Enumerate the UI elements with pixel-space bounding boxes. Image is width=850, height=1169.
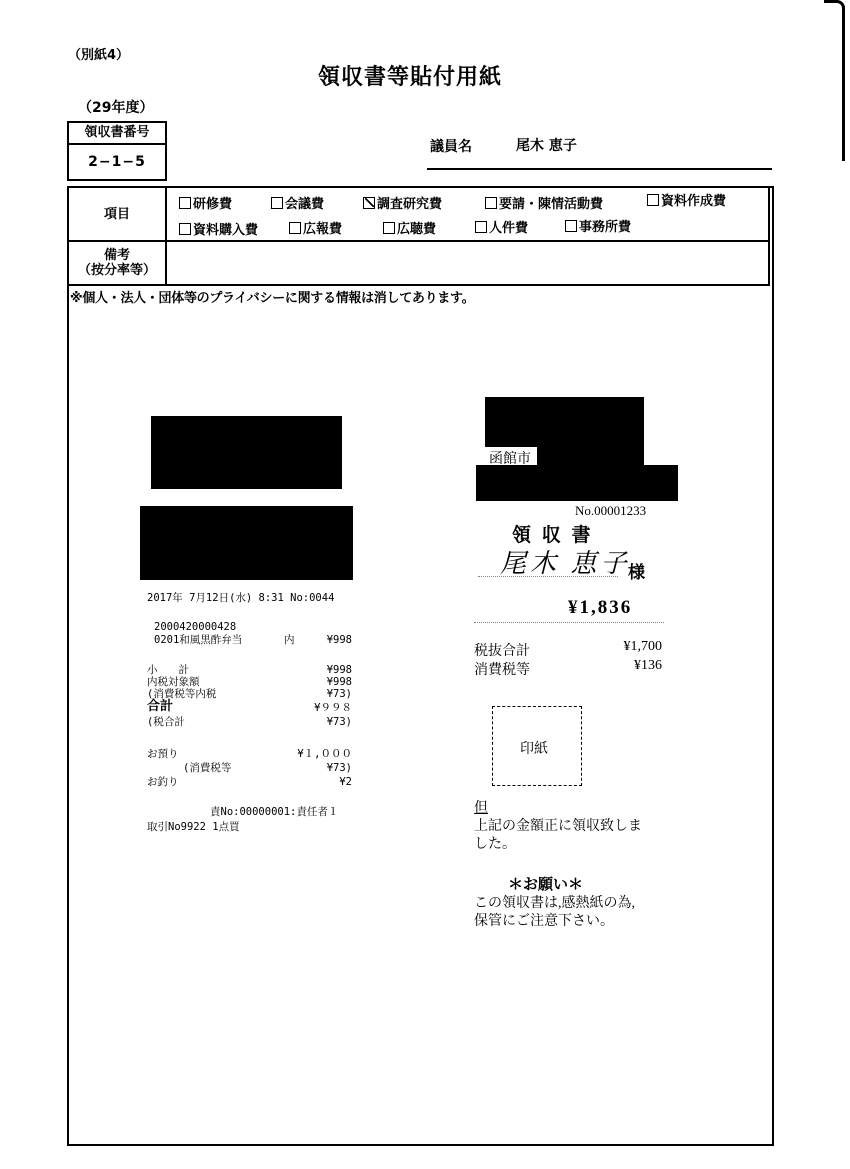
receipt-total: ¥1,836 <box>568 597 632 619</box>
category-hearing[interactable]: 広聴費 <box>383 218 436 237</box>
privacy-note: ※個人・法人・団体等のプライバシーに関する情報は消してあります。 <box>70 287 474 306</box>
category-personnel[interactable]: 人件費 <box>475 217 528 236</box>
received-text-line2: した。 <box>474 833 516 853</box>
category-label: 研修費 <box>193 197 232 212</box>
redacted-block <box>537 445 644 467</box>
item-row: 項目 研修費 会議費 調査研究費 要請・陳情活動費 資料作成費 資料購入費 広報… <box>67 186 770 242</box>
receipt-number: No.00001233 <box>575 503 646 519</box>
note-label: 備考 （按分率等） <box>69 242 167 284</box>
category-label: 資料作成費 <box>661 194 726 209</box>
receipt-datetime: 2017年 7月12日(水) 8:31 No:0044 <box>147 592 334 604</box>
member-underline <box>427 168 772 170</box>
checkbox-icon[interactable] <box>485 197 497 209</box>
receipt-city: 函館市 <box>489 448 531 468</box>
subtotal-value: ¥1,700 <box>580 639 662 655</box>
receipt-item-price: ¥998 <box>300 634 352 646</box>
item-label-text: 項目 <box>104 207 130 222</box>
member-label: 議員名 <box>430 136 472 156</box>
receipt-row-value: ¥９９８ <box>280 702 352 714</box>
receipt-honorific: 様 <box>628 558 645 583</box>
receipt-row-value: ¥１,０００ <box>270 748 352 760</box>
category-petition[interactable]: 要請・陳情活動費 <box>485 193 603 212</box>
category-label: 広聴費 <box>397 222 436 237</box>
receipt-row-value: ¥998 <box>290 664 352 676</box>
receipt-row-label: 合計 <box>147 701 173 713</box>
tax-label: 消費税等 <box>474 659 530 679</box>
checkbox-checked-icon[interactable] <box>363 197 375 209</box>
category-material-creation[interactable]: 資料作成費 <box>647 190 726 209</box>
note-label-line1: 備考 <box>104 248 130 263</box>
checkbox-icon[interactable] <box>179 223 191 235</box>
member-name: 尾木 恵子 <box>516 135 577 155</box>
category-meeting[interactable]: 会議費 <box>271 193 324 212</box>
proviso-heading: 但 <box>474 797 488 817</box>
tax-value: ¥136 <box>580 658 662 674</box>
category-training[interactable]: 研修費 <box>179 193 232 212</box>
request-text-line1: この領収書は,感熱紙の為, <box>474 892 635 912</box>
total-dotted-line <box>474 622 664 623</box>
checkbox-icon[interactable] <box>289 222 301 234</box>
revenue-stamp-label: 印紙 <box>520 738 548 758</box>
checkbox-icon[interactable] <box>565 220 577 232</box>
attachment-label: （別紙4） <box>68 44 129 63</box>
receipt-row-label: お預り <box>147 748 179 760</box>
receipt-number-box: 領収書番号 2−1−5 <box>67 121 167 181</box>
receipt-item-tax: 内 <box>284 634 295 646</box>
receipt-row-value: ¥73) <box>290 688 352 700</box>
receipt-row-label: 内税対象額 <box>147 676 200 688</box>
receipt-number-value: 2−1−5 <box>69 145 165 179</box>
receipt-transaction-line: 取引No9922 1点買 <box>147 821 240 833</box>
receipt-row-value: ¥73) <box>290 716 352 728</box>
receipt-row-value: ¥998 <box>290 676 352 688</box>
item-label: 項目 <box>69 188 167 240</box>
receipt-item-name: 0201和風黒酢弁当 <box>154 634 242 646</box>
category-publicity[interactable]: 広報費 <box>289 218 342 237</box>
checkbox-icon[interactable] <box>647 194 659 206</box>
category-label: 人件費 <box>489 221 528 236</box>
category-research[interactable]: 調査研究費 <box>363 193 442 212</box>
category-label: 会議費 <box>285 197 324 212</box>
category-office[interactable]: 事務所費 <box>565 216 631 235</box>
document-title: 領収書等貼付用紙 <box>318 60 502 91</box>
receipt-row-label: (税合計 <box>147 716 185 728</box>
note-row: 備考 （按分率等） <box>67 242 770 286</box>
subtotal-label: 税抜合計 <box>474 640 530 660</box>
category-label: 資料購入費 <box>193 223 258 238</box>
category-label: 調査研究費 <box>377 197 442 212</box>
receipt-row-label: (消費税等 <box>183 762 231 774</box>
addressee-dotted-line <box>478 576 618 577</box>
redacted-block <box>140 506 353 580</box>
receipt-row-label: 小 計 <box>147 664 189 676</box>
category-material-purchase[interactable]: 資料購入費 <box>179 219 258 238</box>
receipt-row-value: ¥73) <box>290 762 352 774</box>
receipt-row-label: お釣り <box>147 776 179 788</box>
checkbox-icon[interactable] <box>383 222 395 234</box>
checkbox-icon[interactable] <box>179 197 191 209</box>
redacted-block <box>476 465 678 501</box>
category-label: 事務所費 <box>579 220 631 235</box>
receipt-staff-line: 責No:00000001:責任者１ <box>210 806 338 818</box>
receipt-number-label: 領収書番号 <box>69 123 165 145</box>
receipt-barcode: 2000420000428 <box>154 621 236 633</box>
received-text-line1: 上記の金額正に領収致しま <box>474 815 642 835</box>
checkbox-icon[interactable] <box>475 221 487 233</box>
receipt-row-value: ¥2 <box>290 776 352 788</box>
category-label: 要請・陳情活動費 <box>499 197 603 212</box>
note-label-line2: （按分率等） <box>78 263 156 278</box>
redacted-block <box>151 416 342 489</box>
checkbox-icon[interactable] <box>271 197 283 209</box>
request-heading: ＊お願い＊ <box>508 873 583 894</box>
page-edge <box>824 0 845 161</box>
category-label: 広報費 <box>303 222 342 237</box>
fiscal-year: （29年度） <box>78 97 153 117</box>
receipt-addressee: 尾木 恵子 <box>500 543 631 580</box>
note-value[interactable] <box>173 246 763 280</box>
redacted-block <box>485 397 644 447</box>
request-text-line2: 保管にご注意下さい。 <box>474 910 614 930</box>
